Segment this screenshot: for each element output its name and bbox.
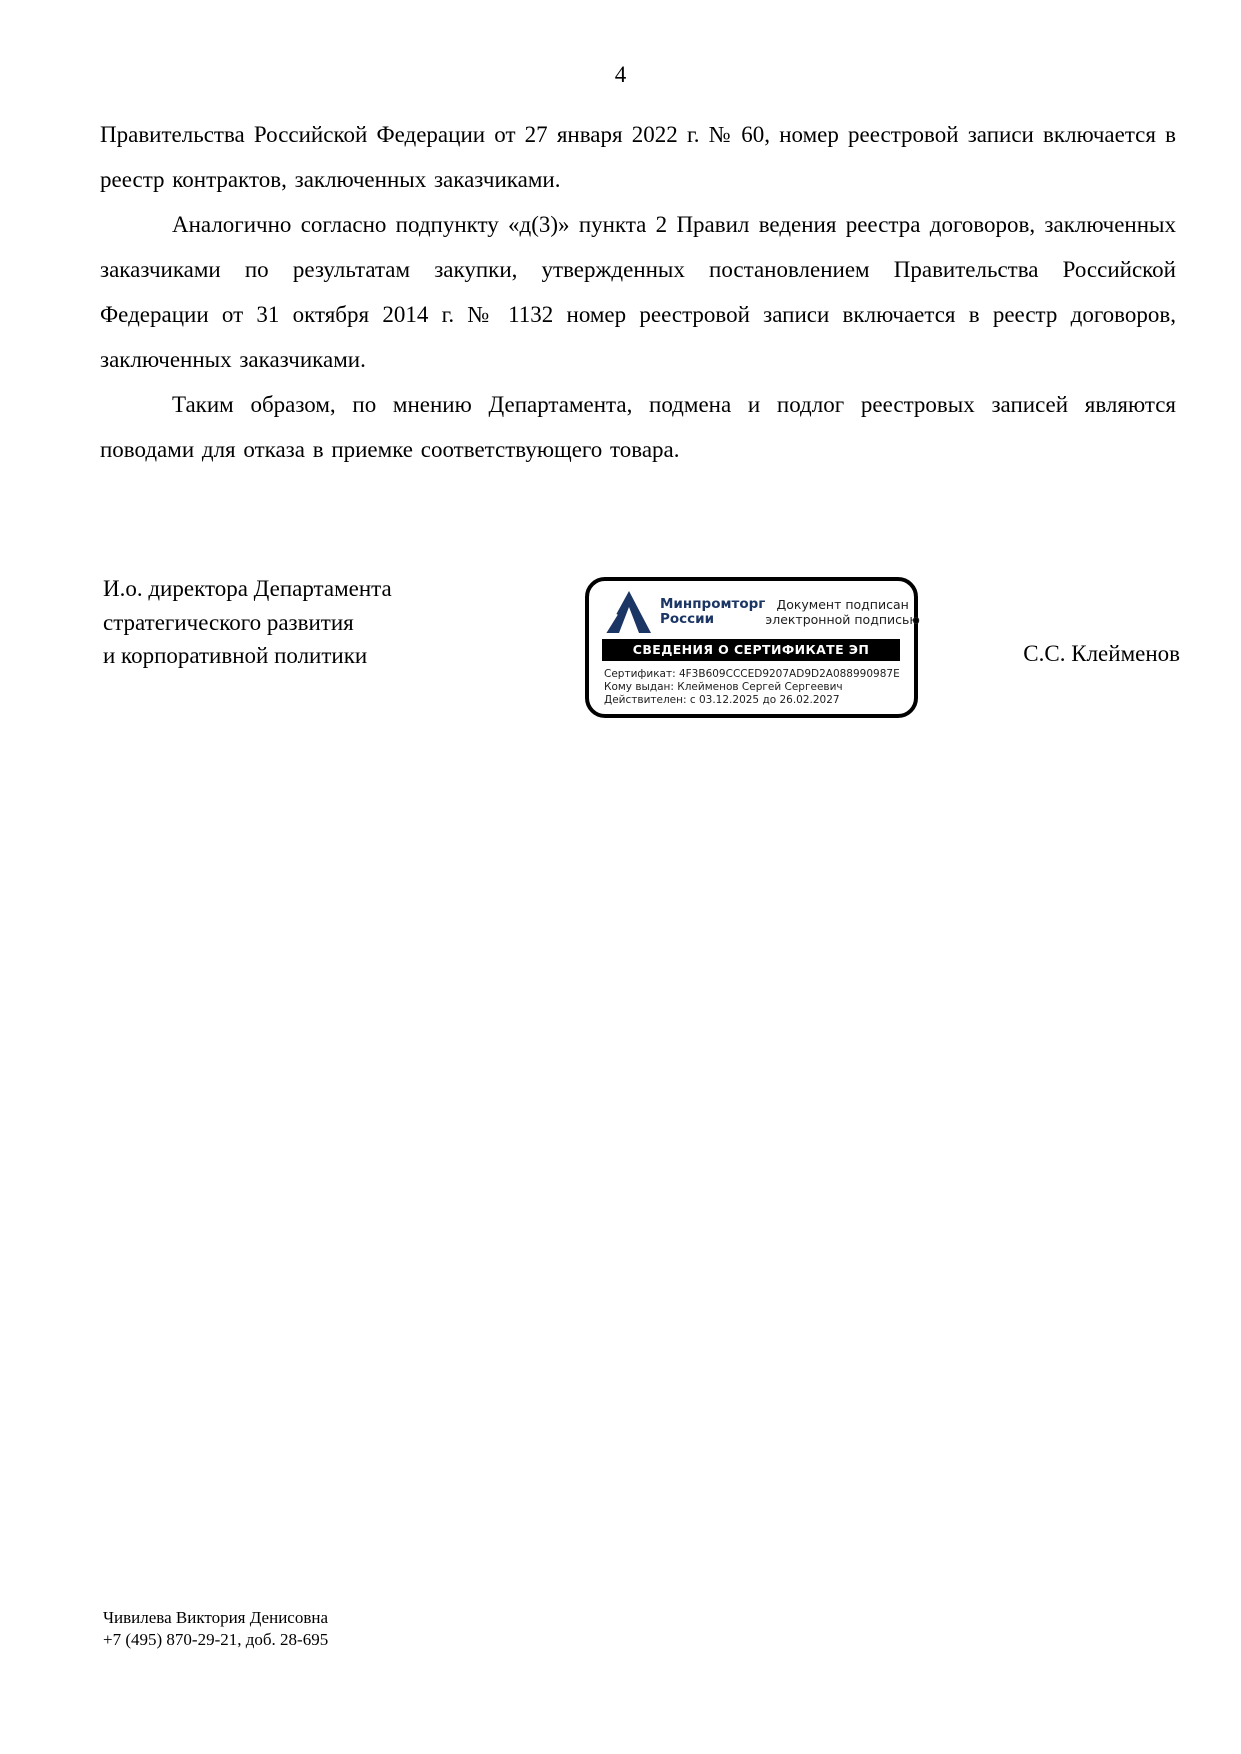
paragraph-3: Таким образом, по мнению Департамента, п… <box>100 382 1176 472</box>
signatory-position-line-2: стратегического развития <box>103 606 392 640</box>
stamp-org-name: Минпромторг России <box>660 597 765 628</box>
page-number: 4 <box>0 62 1241 88</box>
signatory-name: С.С. Клейменов <box>960 641 1180 667</box>
stamp-org-line-1: Минпромторг <box>660 596 765 612</box>
stamp-header: Минпромторг России Документ подписан эле… <box>589 581 914 636</box>
executor-name: Чивилева Виктория Денисовна <box>103 1607 328 1629</box>
body-text: Правительства Российской Федерации от 27… <box>100 112 1176 472</box>
signatory-position-line-1: И.о. директора Департамента <box>103 572 392 606</box>
paragraph-1: Правительства Российской Федерации от 27… <box>100 112 1176 202</box>
stamp-signed-text: Документ подписан электронной подписью <box>765 597 920 628</box>
stamp-signed-line-2: электронной подписью <box>765 612 920 627</box>
stamp-org-line-2: России <box>660 611 714 627</box>
stamp-issued-to: Кому выдан: Клейменов Сергей Сергеевич <box>604 681 904 694</box>
stamp-certificate-number: Сертификат: 4F3B609CCCED9207AD9D2A088990… <box>604 668 904 681</box>
signatory-position-line-3: и корпоративной политики <box>103 639 392 673</box>
stamp-validity: Действителен: с 03.12.2025 до 26.02.2027 <box>604 694 904 707</box>
minpromtorg-logo-icon <box>605 590 651 634</box>
stamp-certificate-banner: СВЕДЕНИЯ О СЕРТИФИКАТЕ ЭП <box>602 639 900 661</box>
signatory-position: И.о. директора Департамента стратегическ… <box>103 572 392 673</box>
executor-phone: +7 (495) 870-29-21, доб. 28-695 <box>103 1629 328 1651</box>
stamp-signed-line-1: Документ подписан <box>776 597 908 612</box>
paragraph-2: Аналогично согласно подпункту «д(3)» пун… <box>100 202 1176 382</box>
executor-contact: Чивилева Виктория Денисовна +7 (495) 870… <box>103 1607 328 1650</box>
stamp-certificate-details: Сертификат: 4F3B609CCCED9207AD9D2A088990… <box>604 668 904 707</box>
digital-signature-stamp: Минпромторг России Документ подписан эле… <box>585 577 918 718</box>
document-page: 4 Правительства Российской Федерации от … <box>0 0 1241 1754</box>
